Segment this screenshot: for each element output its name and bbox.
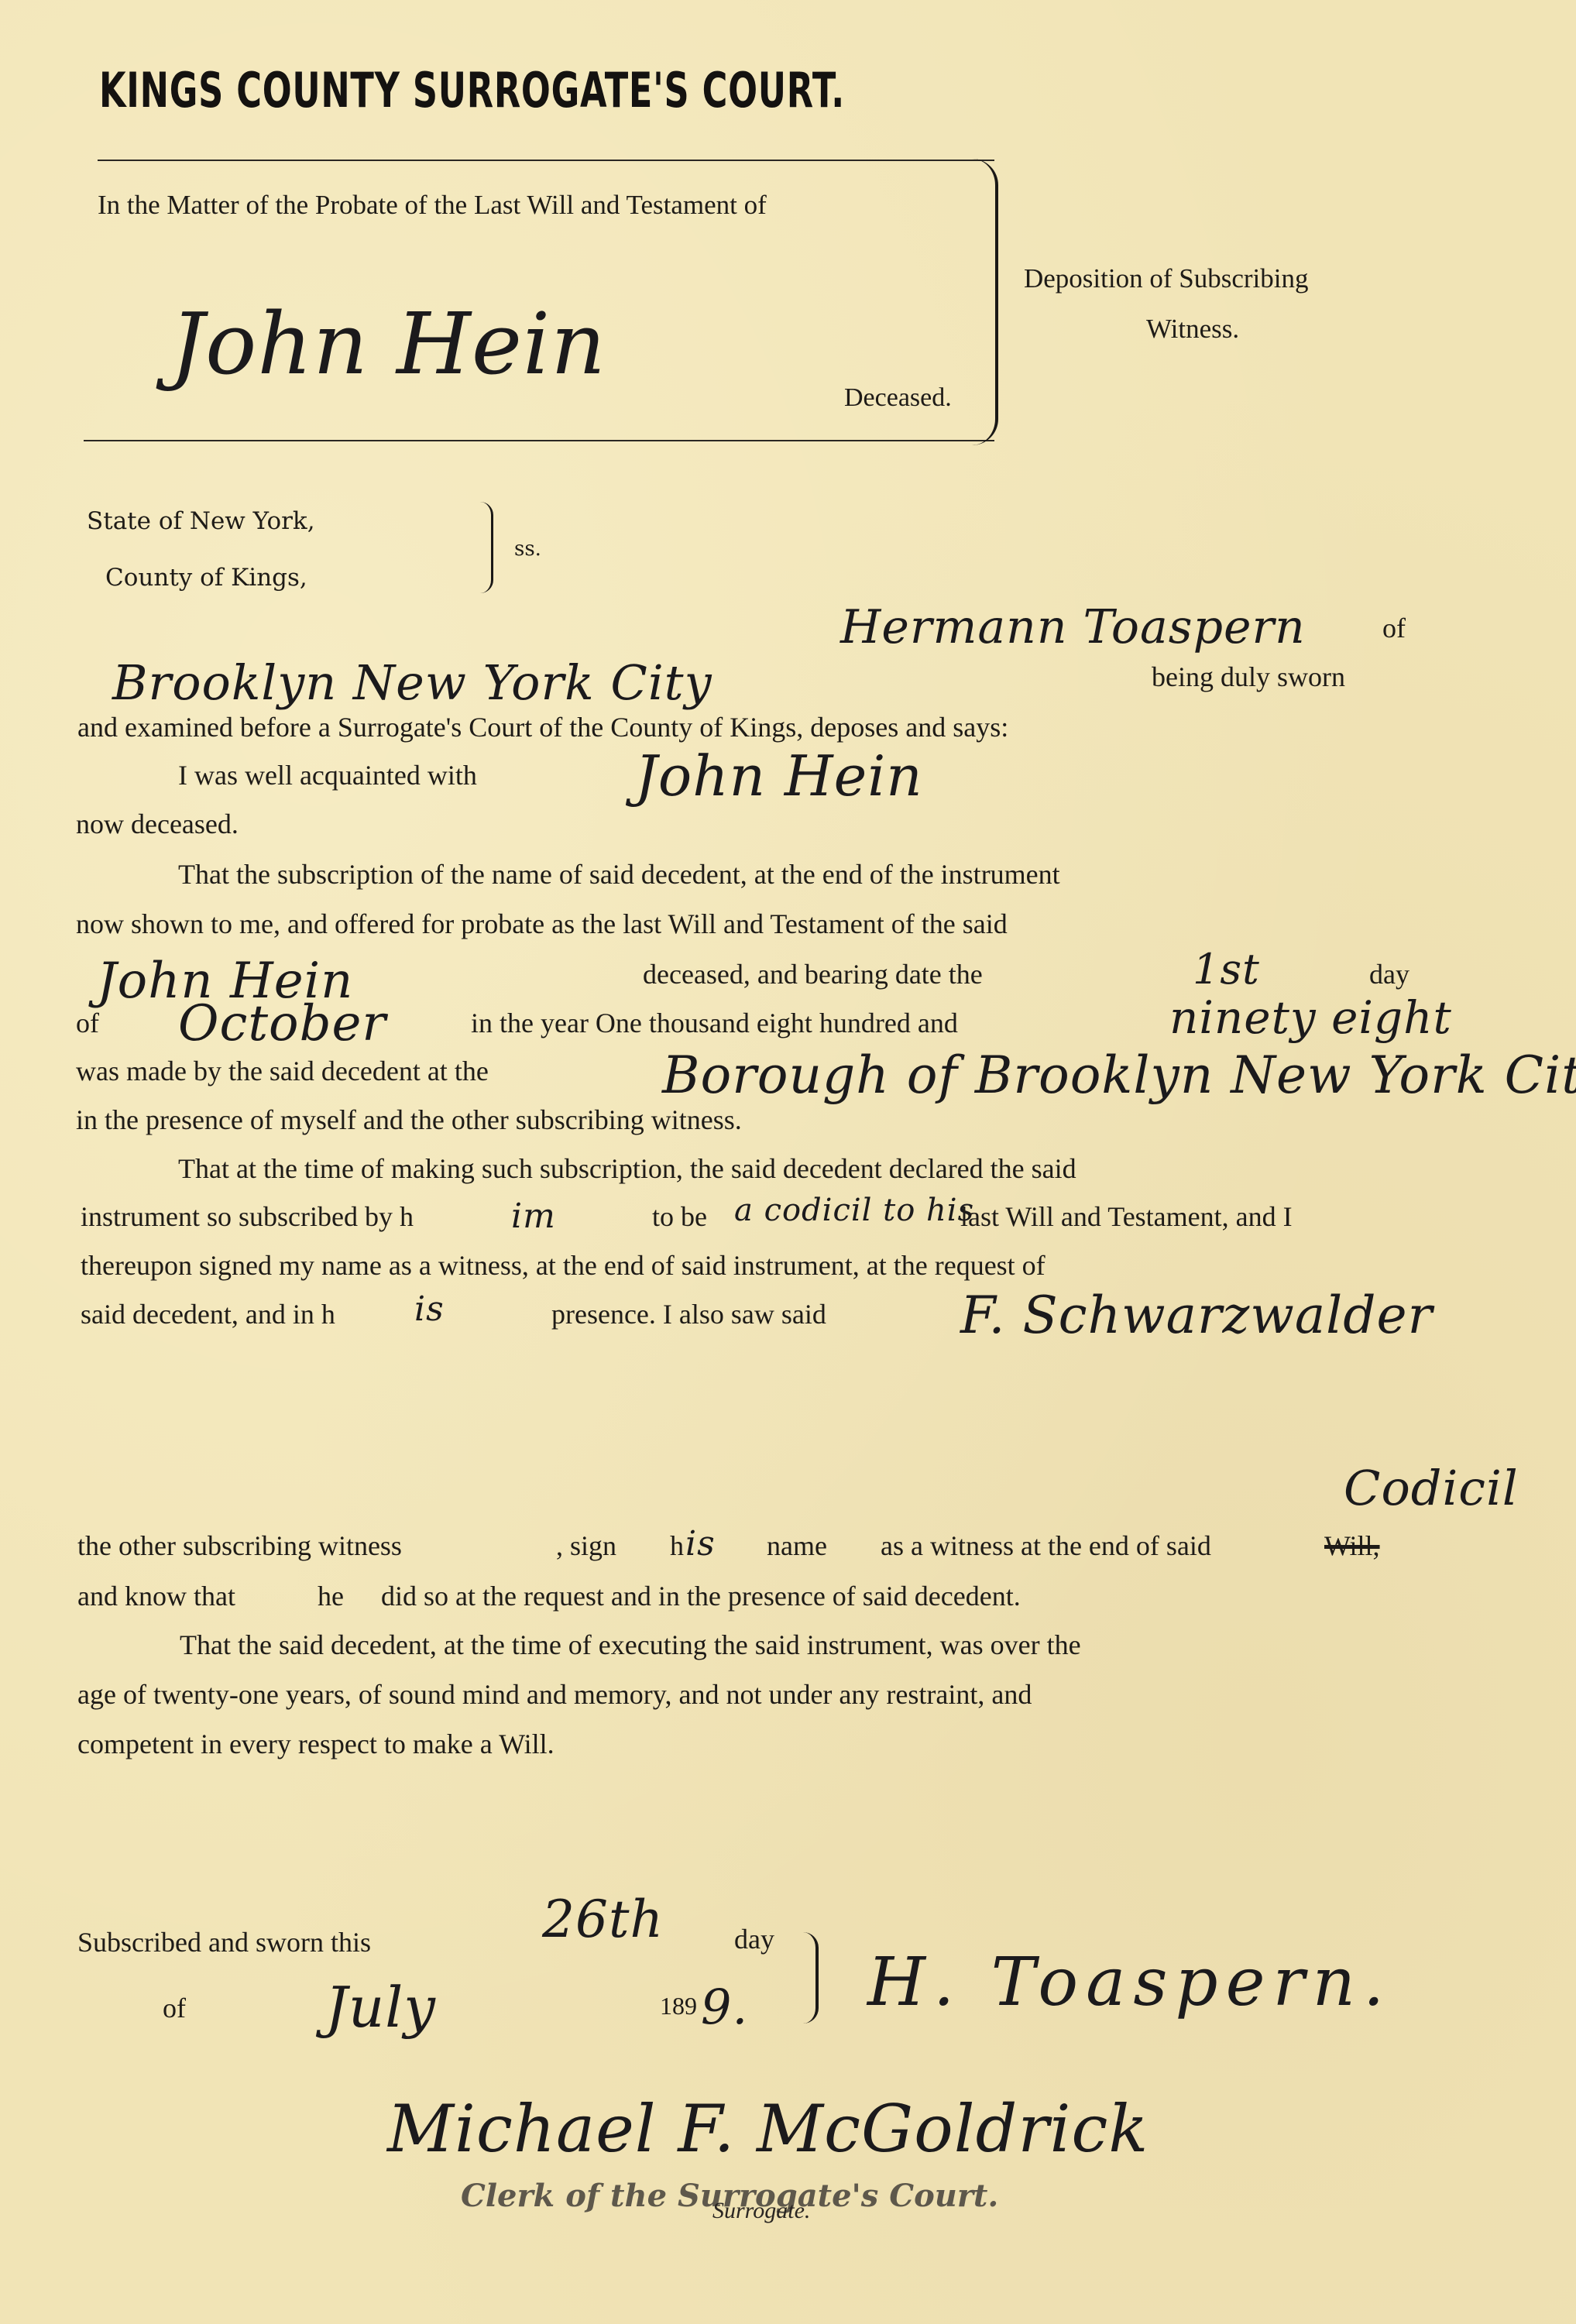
p4-codicil-handwritten: Codicil bbox=[1344, 1460, 1519, 1516]
p3-codicil-handwritten: a codicil to his bbox=[734, 1193, 974, 1228]
examined-text: and examined before a Surrogate's Court … bbox=[77, 711, 1008, 743]
p2-of: of bbox=[76, 1007, 99, 1039]
p2-line5: was made by the said decedent at the bbox=[76, 1055, 489, 1087]
p2-line3: deceased, and bearing date the bbox=[643, 958, 983, 990]
p3-his-handwritten: is bbox=[414, 1289, 445, 1329]
sworn-text: being duly sworn bbox=[1152, 661, 1345, 693]
clerk-signature: Michael F. McGoldrick bbox=[387, 2091, 1149, 2167]
p4-h: h bbox=[670, 1529, 684, 1562]
acquainted-name-handwritten: John Hein bbox=[635, 743, 923, 808]
acquainted-text: I was well acquainted with bbox=[178, 759, 477, 791]
jurat-year-prefix: 189 bbox=[660, 1992, 697, 2020]
p3-him-handwritten: im bbox=[511, 1196, 556, 1236]
p4-line2a: and know that bbox=[77, 1580, 235, 1612]
p3-line2a: instrument so subscribed by h bbox=[81, 1200, 414, 1233]
p4-line2b: did so at the request and in the presenc… bbox=[381, 1580, 1021, 1612]
p5-line3: competent in every respect to make a Wil… bbox=[77, 1728, 555, 1760]
p3-line2b: to be bbox=[652, 1200, 707, 1233]
jurat-brace bbox=[802, 1932, 819, 2024]
p2-day-label: day bbox=[1369, 958, 1409, 990]
p4-line1c: name bbox=[767, 1529, 827, 1562]
caption-top-rule bbox=[98, 160, 994, 161]
p4-line1a: the other subscribing witness bbox=[77, 1529, 402, 1562]
p2-year-handwritten: ninety eight bbox=[1169, 991, 1452, 1044]
p3-line3: thereupon signed my name as a witness, a… bbox=[81, 1249, 1046, 1282]
decedent-name-handwritten: John Hein bbox=[170, 294, 606, 393]
witness-name-handwritten: Hermann Toaspern bbox=[840, 600, 1306, 654]
witness-residence-handwritten: Brooklyn New York City bbox=[112, 654, 712, 711]
jurat-day-label: day bbox=[734, 1923, 774, 1955]
venue-ss: ss. bbox=[514, 537, 541, 561]
deponent-signature: H. Toaspern. bbox=[867, 1944, 1392, 2021]
document-type-line1: Deposition of Subscribing bbox=[1024, 263, 1308, 294]
venue-county: County of Kings, bbox=[105, 564, 307, 592]
p4-line1d: as a witness at the end of said bbox=[881, 1529, 1211, 1562]
p2-month-handwritten: October bbox=[178, 995, 386, 1052]
p4-his-handwritten: is bbox=[685, 1524, 716, 1564]
p2-day-handwritten: 1st bbox=[1193, 945, 1260, 994]
p2-line6: in the presence of myself and the other … bbox=[76, 1104, 742, 1136]
p3-other-witness-handwritten: F. Schwarzwalder bbox=[960, 1286, 1433, 1345]
p3-line1: That at the time of making such subscrip… bbox=[178, 1152, 1076, 1185]
jurat-month-handwritten: July bbox=[325, 1975, 436, 2040]
p2-place-handwritten: Borough of Brooklyn New York City bbox=[662, 1045, 1576, 1105]
matter-text: In the Matter of the Probate of the Last… bbox=[98, 190, 767, 221]
p3-line4a: said decedent, and in h bbox=[81, 1298, 335, 1330]
p2-line1: That the subscription of the name of sai… bbox=[178, 858, 1060, 891]
surrogate-overprint: Surrogate. bbox=[712, 2198, 810, 2224]
caption-bottom-rule bbox=[84, 440, 994, 441]
p4-line1b: , sign bbox=[556, 1529, 616, 1562]
p2-line4: in the year One thousand eight hundred a… bbox=[471, 1007, 958, 1039]
jurat-day-handwritten: 26th bbox=[542, 1890, 664, 1949]
deceased-label: Deceased. bbox=[844, 383, 952, 413]
p4-will-struck: Will, bbox=[1324, 1529, 1380, 1562]
venue-brace bbox=[480, 502, 493, 593]
p5-line2: age of twenty-one years, of sound mind a… bbox=[77, 1678, 1032, 1711]
p3-line2c: last Will and Testament, and I bbox=[960, 1200, 1293, 1233]
now-deceased-text: now deceased. bbox=[76, 808, 239, 840]
p5-line1: That the said decedent, at the time of e… bbox=[180, 1629, 1081, 1661]
p3-line4b: presence. I also saw said bbox=[551, 1298, 826, 1330]
jurat-year-suffix: 9. bbox=[701, 1979, 748, 2035]
venue-state: State of New York, bbox=[87, 507, 315, 535]
p2-line2: now shown to me, and offered for probate… bbox=[76, 908, 1008, 940]
court-title: KINGS COUNTY SURROGATE'S COURT. bbox=[99, 62, 845, 118]
document-type-line2: Witness. bbox=[1146, 314, 1239, 345]
of-label: of bbox=[1382, 612, 1406, 644]
jurat-subscribed-text: Subscribed and sworn this bbox=[77, 1926, 371, 1958]
jurat-of-label: of bbox=[163, 1992, 186, 2024]
p4-he: he bbox=[318, 1580, 344, 1612]
caption-brace bbox=[972, 159, 998, 445]
